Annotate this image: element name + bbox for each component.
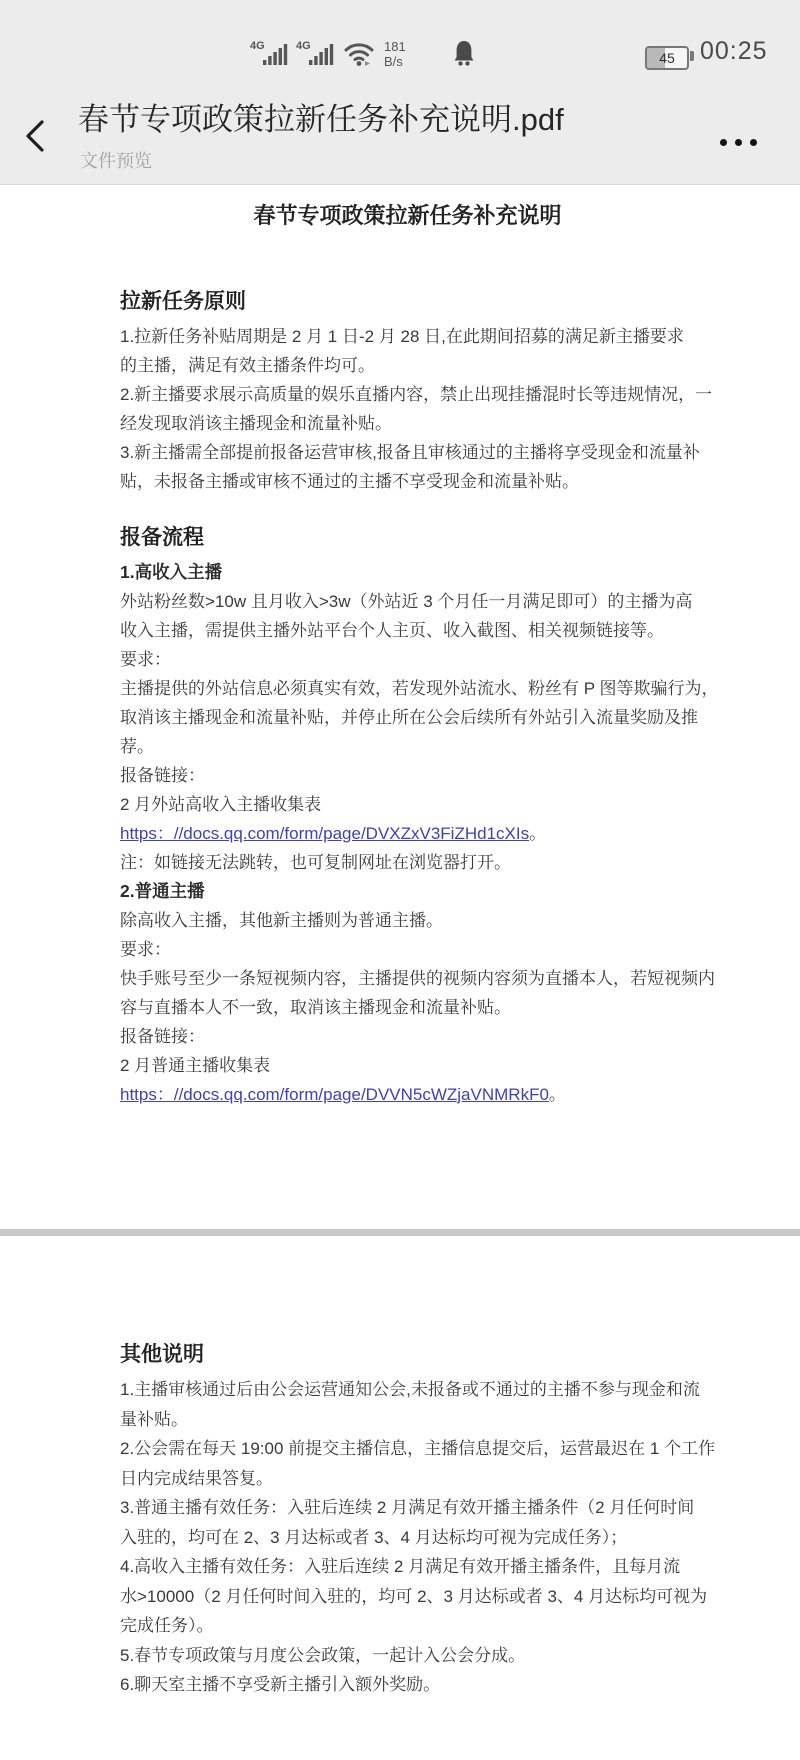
- file-preview-label: 文件预览: [80, 147, 152, 173]
- notification-bell-icon: [452, 40, 476, 67]
- text-line: 2.新主播要求展示高质量的娱乐直播内容，禁止出现挂播混时长等违规情况，一: [120, 380, 695, 409]
- svg-text:4G: 4G: [250, 40, 265, 52]
- text-line: 注：如链接无法跳转，也可复制网址在浏览器打开。: [120, 848, 695, 877]
- text-line: 报备链接：: [120, 1022, 695, 1051]
- document-title: 春节专项政策拉新任务补充说明: [120, 201, 695, 231]
- status-and-header-bar: 4G 4G 181 B/s: [0, 0, 800, 185]
- signal-strength-icon-1: 4G: [250, 37, 292, 69]
- battery-icon: 45: [645, 46, 689, 70]
- doc-link[interactable]: https：//docs.qq.com/form/page/DVVN5cWZja…: [120, 1085, 549, 1104]
- battery-nub: [690, 51, 694, 61]
- text-line: 5.春节专项政策与月度公会政策，一起计入公会分成。: [120, 1641, 695, 1671]
- text-line: 3.普通主播有效任务：入驻后连续 2 月满足有效开播主播条件（2 月任何时间: [120, 1493, 695, 1523]
- text-line: 2 月普通主播收集表: [120, 1051, 695, 1080]
- text-line: 1.主播审核通过后由公会运营通知公会,未报备或不通过的主播不参与现金和流: [120, 1375, 695, 1405]
- network-speed: 181 B/s: [384, 39, 406, 69]
- link-suffix: 。: [549, 1085, 566, 1104]
- text-line: 除高收入主播，其他新主播则为普通主播。: [120, 906, 695, 935]
- text-line: 报备链接：: [120, 761, 695, 790]
- section-heading: 其他说明: [120, 1340, 695, 1370]
- back-button[interactable]: [22, 114, 48, 158]
- text-line: 6.聊天室主播不享受新主播引入额外奖励。: [120, 1670, 695, 1700]
- svg-text:4G: 4G: [296, 40, 311, 52]
- dot-icon: [750, 139, 757, 146]
- doc-link[interactable]: https：//docs.qq.com/form/page/DVXZxV3FiZ…: [120, 824, 529, 843]
- text-line: 快手账号至少一条短视频内容，主播提供的视频内容须为直播本人，若短视频内: [120, 964, 695, 993]
- text-line: 完成任务）。: [120, 1611, 695, 1641]
- text-line: 2 月外站高收入主播收集表: [120, 790, 695, 819]
- network-speed-value: 181: [384, 39, 406, 54]
- text-line: 的主播，满足有效主播条件均可。: [120, 351, 695, 380]
- text-line: 日内完成结果答复。: [120, 1464, 695, 1494]
- text-line: 容与直播本人不一致，取消该主播现金和流量补贴。: [120, 993, 695, 1022]
- signal-strength-icon-2: 4G: [296, 37, 338, 69]
- text-line: 主播提供的外站信息必须真实有效，若发现外站流水、粉丝有 P 图等欺骗行为，: [120, 674, 695, 703]
- section-heading: 报备流程: [120, 523, 695, 553]
- text-line: 取消该主播现金和流量补贴，并停止所在公会后续所有外站引入流量奖励及推: [120, 703, 695, 732]
- sub-heading: 1.高收入主播: [120, 558, 695, 587]
- text-line: 外站粉丝数>10w 且月收入>3w（外站近 3 个月任一月满足即可）的主播为高: [120, 587, 695, 616]
- wifi-icon: [343, 39, 377, 67]
- text-line: 4.高收入主播有效任务：入驻后连续 2 月满足有效开播主播条件，且每月流: [120, 1552, 695, 1582]
- link-suffix: 。: [529, 824, 546, 843]
- text-line: 量补贴。: [120, 1405, 695, 1435]
- text-line: 3.新主播需全部提前报备运营审核,报备且审核通过的主播将享受现金和流量补: [120, 438, 695, 467]
- sub-heading: 2.普通主播: [120, 877, 695, 906]
- link-line: https：//docs.qq.com/form/page/DVXZxV3FiZ…: [120, 819, 695, 848]
- text-line: 荐。: [120, 732, 695, 761]
- text-line: 入驻的，均可在 2、3 月达标或者 3、4 月达标均可视为完成任务）；: [120, 1523, 695, 1553]
- network-speed-unit: B/s: [384, 54, 406, 69]
- status-clock: 00:25: [700, 37, 768, 66]
- text-line: 2.公会需在每天 19:00 前提交主播信息，主播信息提交后，运营最迟在 1 个…: [120, 1434, 695, 1464]
- link-line: https：//docs.qq.com/form/page/DVVN5cWZja…: [120, 1080, 695, 1109]
- text-line: 要求：: [120, 645, 695, 674]
- text-line: 收入主播，需提供主播外站平台个人主页、收入截图、相关视频链接等。: [120, 616, 695, 645]
- text-line: 贴，未报备主播或审核不通过的主播不享受现金和流量补贴。: [120, 467, 695, 496]
- text-line: 经发现取消该主播现金和流量补贴。: [120, 409, 695, 438]
- document-page: 春节专项政策拉新任务补充说明拉新任务原则1.拉新任务补贴周期是 2 月 1 日-…: [0, 185, 800, 1700]
- text-line: 1.拉新任务补贴周期是 2 月 1 日-2 月 28 日,在此期间招募的满足新主…: [120, 322, 695, 351]
- battery-percent: 45: [659, 50, 675, 66]
- dot-icon: [735, 139, 742, 146]
- text-line: 水>10000（2 月任何时间入驻的，均可 2、3 月达标或者 3、4 月达标均…: [120, 1582, 695, 1612]
- dot-icon: [720, 139, 727, 146]
- more-options-button[interactable]: [720, 128, 780, 156]
- page-break: [0, 1229, 800, 1236]
- text-line: 要求：: [120, 935, 695, 964]
- file-title: 春节专项政策拉新任务补充说明.pdf: [78, 94, 698, 139]
- section-heading: 拉新任务原则: [120, 287, 695, 317]
